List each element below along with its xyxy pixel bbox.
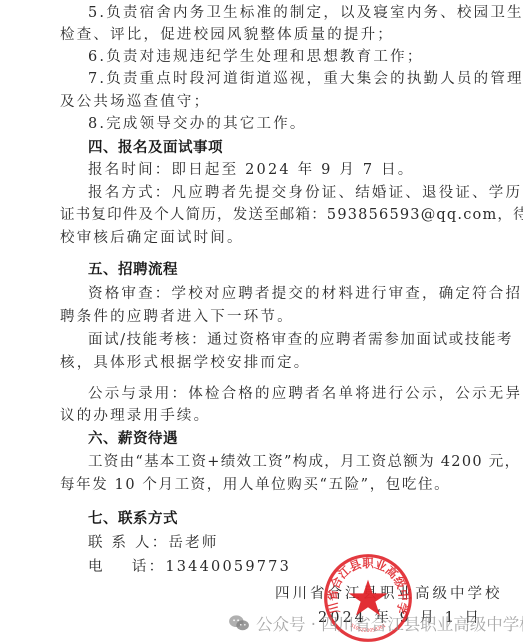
duty-item-7-line-1: 7.负责重点时段河道街道巡视，重大集会的执勤人员的管理以 (88, 69, 493, 89)
interview-line-2: 核，具体形式根据学校安排而定。 (60, 353, 465, 373)
salary-line-1: 工资由“基本工资+绩效工资”构成，月工资总额为 4200 元， (88, 452, 493, 472)
qualification-review-line-2: 聘条件的应聘者进入下一环节。 (60, 307, 465, 327)
duty-item-8: 8.完成领导交办的其它工作。 (88, 114, 493, 134)
document-page: 5.负责宿舍内务卫生标准的制定，以及寝室内务、校园卫生的 检查、评比，促进校园风… (0, 0, 523, 644)
signature-organization: 四川省合江县职业高级中学校 (275, 582, 503, 603)
registration-method-line-1: 报名方式：凡应聘者先提交身份证、结婚证、退役证、学历 (88, 183, 493, 203)
publicity-line-2: 议的办理录用手续。 (60, 406, 465, 426)
section-heading-process: 五、招聘流程 (88, 260, 493, 280)
salary-line-2: 每年发 10 个月工资，用人单位购买“五险”，包吃住。 (60, 475, 465, 495)
qualification-review-line-1: 资格审查：学校对应聘者提交的材料进行审查，确定符合招 (88, 284, 493, 304)
wechat-icon (228, 614, 250, 632)
duty-item-5-line-2: 检查、评比，促进校园风貌整体质量的提升； (60, 25, 465, 45)
watermark: 公众号 · 四川省合江县职业高级中学校 (228, 610, 523, 636)
duty-item-6: 6.负责对违规违纪学生处理和思想教育工作； (88, 47, 493, 67)
section-heading-contact: 七、联系方式 (88, 509, 493, 529)
section-heading-salary: 六、薪资待遇 (88, 429, 493, 449)
publicity-line-1: 公示与录用：体检合格的应聘者名单将进行公示，公示无异 (88, 384, 493, 404)
contact-person: 联 系 人：岳老师 (88, 533, 493, 553)
duty-item-5-line-1: 5.负责宿舍内务卫生标准的制定，以及寝室内务、校园卫生的 (88, 3, 493, 23)
registration-method-line-2: 证书复印件及个人简历，发送至邮箱：593856593@qq.com，待学 (60, 205, 465, 225)
section-heading-registration: 四、报名及面试事项 (88, 138, 493, 158)
registration-time: 报名时间：即日起至 2024 年 9 月 7 日。 (88, 160, 493, 180)
watermark-text: 公众号 · 四川省合江县职业高级中学校 (256, 611, 523, 635)
contact-phone: 电 话：13440059773 (88, 557, 493, 577)
interview-line-1: 面试/技能考核：通过资格审查的应聘者需参加面试或技能考 (88, 330, 493, 350)
duty-item-7-line-2: 及公共场巡查值守； (60, 92, 465, 112)
registration-method-line-3: 校审核后确定面试时间。 (60, 228, 465, 248)
